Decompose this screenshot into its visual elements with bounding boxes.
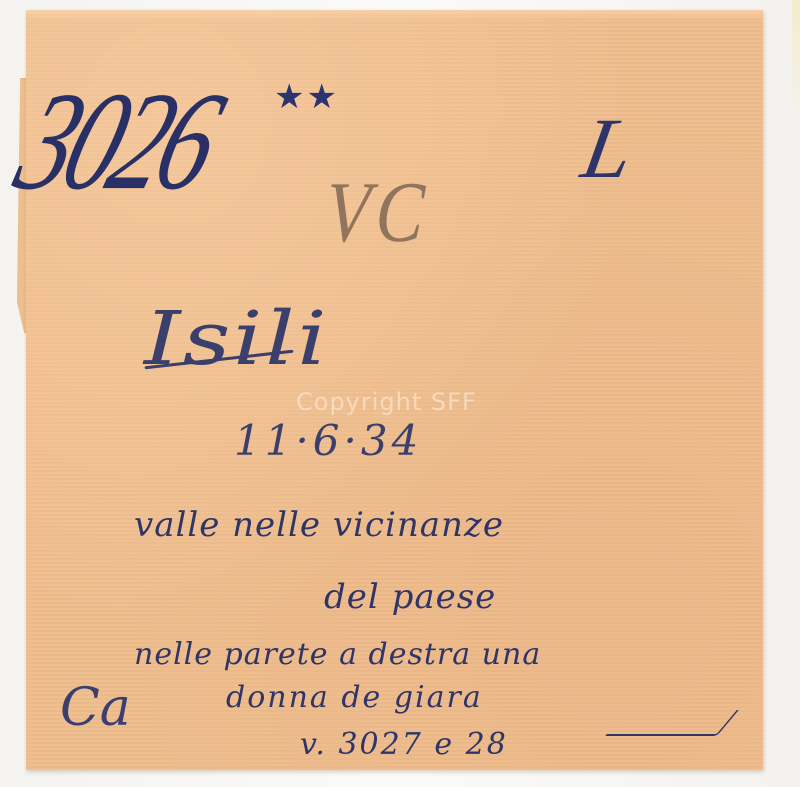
pencil-annotation: VC <box>323 169 432 255</box>
note-line: del paese <box>324 580 496 614</box>
date: 11·6·34 <box>234 420 422 462</box>
copyright-watermark: Copyright SFF <box>296 388 477 416</box>
page-letter: L <box>576 105 639 191</box>
document-card: 3026 ★★ L VC Isili Copyright SFF 11·6·34… <box>26 10 763 770</box>
catalog-number: 3026 <box>2 72 232 212</box>
star-marks-icon: ★★ <box>274 80 339 114</box>
pen-flourish <box>605 710 739 736</box>
paper-top-edge <box>26 10 763 20</box>
note-line: nelle parete a destra una <box>134 640 541 670</box>
background-edge-strip <box>792 0 800 120</box>
cross-reference: v. 3027 e 28 <box>300 730 508 760</box>
note-line: valle nelle vicinanze <box>134 508 504 542</box>
place-name: Isili <box>144 302 329 376</box>
note-line: donna de giara <box>226 683 483 713</box>
initials: Ca <box>60 682 131 734</box>
photo-stage: 3026 ★★ L VC Isili Copyright SFF 11·6·34… <box>0 0 800 787</box>
